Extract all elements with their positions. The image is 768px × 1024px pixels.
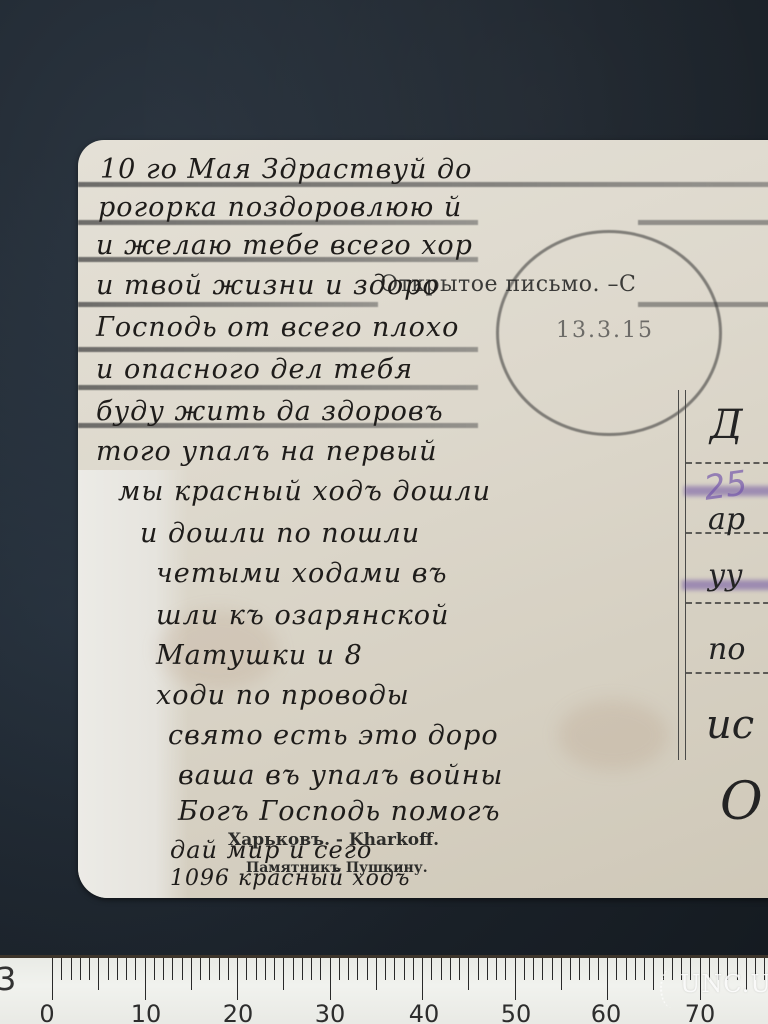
ruler-tick [274,958,275,980]
address-word: уу [708,558,743,593]
handwritten-line: мы красный ходъ дошли [118,476,491,507]
postcard: Открытое письмо. –С 13.3.15 25 Д ар уу п… [78,140,768,898]
handwritten-line: Богъ Господь помогъ [178,796,501,827]
ruler-tick [450,958,451,980]
ruler-tick [200,958,201,980]
handwritten-line: шли къ озарянской [156,600,449,631]
ruled-line [78,302,378,307]
ruler-tick [515,958,516,1000]
handwritten-line: свято есть это доро [168,720,499,751]
ruler-tick [237,958,238,1000]
ruler-tick [182,958,183,980]
ruler-tick [394,958,395,980]
ruler-tick [330,958,331,1000]
ruler-tick [561,958,562,990]
ruler-tick [635,958,636,980]
ruler-tick [117,958,118,980]
ruler-tick [653,958,654,990]
ruler-label: 0 [39,1000,54,1024]
ruler-label: 30 [315,1000,346,1024]
address-word: ар [708,502,745,537]
ruler-tick [542,958,543,980]
handwritten-line: четыми ходами въ [156,558,447,589]
ruler-edge-mark: 3 [0,960,16,998]
handwritten-line: и желаю тебе всего хор [96,230,473,261]
ruler-tick [478,958,479,980]
caption-city: Харьковъ. - Kharkoff. [228,830,439,850]
ruler-tick [431,958,432,980]
ruler-tick [228,958,229,980]
ruler-tick [487,958,488,980]
ruler-tick [598,958,599,980]
ruler-tick [89,958,90,980]
ruler-label: 70 [685,1000,716,1024]
ruler-tick [52,958,53,1000]
ruler-tick [524,958,525,980]
address-word: Д [710,402,743,448]
ruler-tick [552,958,553,980]
caption-subject: Памятникъ Пушкину. [246,860,428,876]
ruled-line [78,347,478,352]
ruler-tick [385,958,386,980]
ruler-tick [422,958,423,1000]
ruled-line [638,220,768,225]
ruler-tick [320,958,321,980]
ruler-tick [219,958,220,980]
ruler-tick [413,958,414,980]
handwritten-line: того упалъ на первый [96,436,437,467]
ruler-tick [468,958,469,990]
ruler-tick [145,958,146,1000]
handwritten-line: ваша въ упалъ войны [178,760,503,791]
ruler-tick [108,958,109,980]
ruler-tick [126,958,127,980]
handwritten-line: Матушки и 8 [156,640,363,671]
ruler-tick [579,958,580,980]
ruler-tick [644,958,645,980]
ruler-tick [533,958,534,980]
address-divider [678,390,686,760]
ruler-tick [589,958,590,980]
ruler-tick [61,958,62,980]
ruler-label: 50 [501,1000,532,1024]
ruler-tick [246,958,247,980]
handwritten-line: ходи по проводы [156,680,410,711]
handwritten-line: 10 го Мая Здраствуй до [100,154,472,185]
ruler-tick [98,958,99,990]
ruler-tick [570,958,571,980]
ruler-tick [404,958,405,980]
watermark: UNC.UA [680,970,768,998]
handwritten-line: и дошли по пошли [140,518,420,549]
ruler-tick [256,958,257,980]
ruler-tick [209,958,210,980]
address-word: по [708,632,745,667]
ruler-tick [163,958,164,980]
address-word: ис [706,702,754,748]
handwritten-line: рогорка поздоровлюю й [98,192,462,223]
address-line [686,462,768,464]
ruler-tick [311,958,312,980]
ruler-tick [265,958,266,980]
ruler-tick [80,958,81,980]
address-word: О [720,772,763,832]
ruler-tick [616,958,617,980]
ruler-tick [172,958,173,980]
measuring-ruler: 3 0 10 20 30 40 50 60 70 [0,955,768,1024]
handwritten-line: Господь от всего плохо [96,312,459,343]
ruler-tick [496,958,497,980]
ruler-label: 60 [591,1000,622,1024]
handwritten-line: и опасного дел тебя [96,354,413,385]
paper-stain [558,700,668,770]
ruler-tick [135,958,136,980]
ruler-tick [302,958,303,980]
ruled-line [78,385,478,390]
address-line [686,672,768,674]
ruler-tick [71,958,72,980]
ruler-tick [441,958,442,980]
ruler-tick [607,958,608,1000]
ruler-tick [293,958,294,980]
postmark-date: 13.3.15 [556,318,654,343]
handwritten-line: буду жить да здоровъ [96,396,444,427]
ruler-tick [626,958,627,980]
ruler-tick [376,958,377,990]
ruler-tick [348,958,349,980]
ruler-tick [191,958,192,990]
ruler-tick [357,958,358,980]
address-line [686,602,768,604]
ruler-tick [459,958,460,980]
ruler-label: 10 [131,1000,162,1024]
ruler-label: 20 [223,1000,254,1024]
ruler-label: 40 [409,1000,440,1024]
ruler-tick [154,958,155,980]
ruler-tick [367,958,368,980]
ruler-tick [283,958,284,990]
ruler-tick [505,958,506,980]
handwritten-line: и твой жизни и здоро [96,270,440,301]
ruler-tick [339,958,340,980]
